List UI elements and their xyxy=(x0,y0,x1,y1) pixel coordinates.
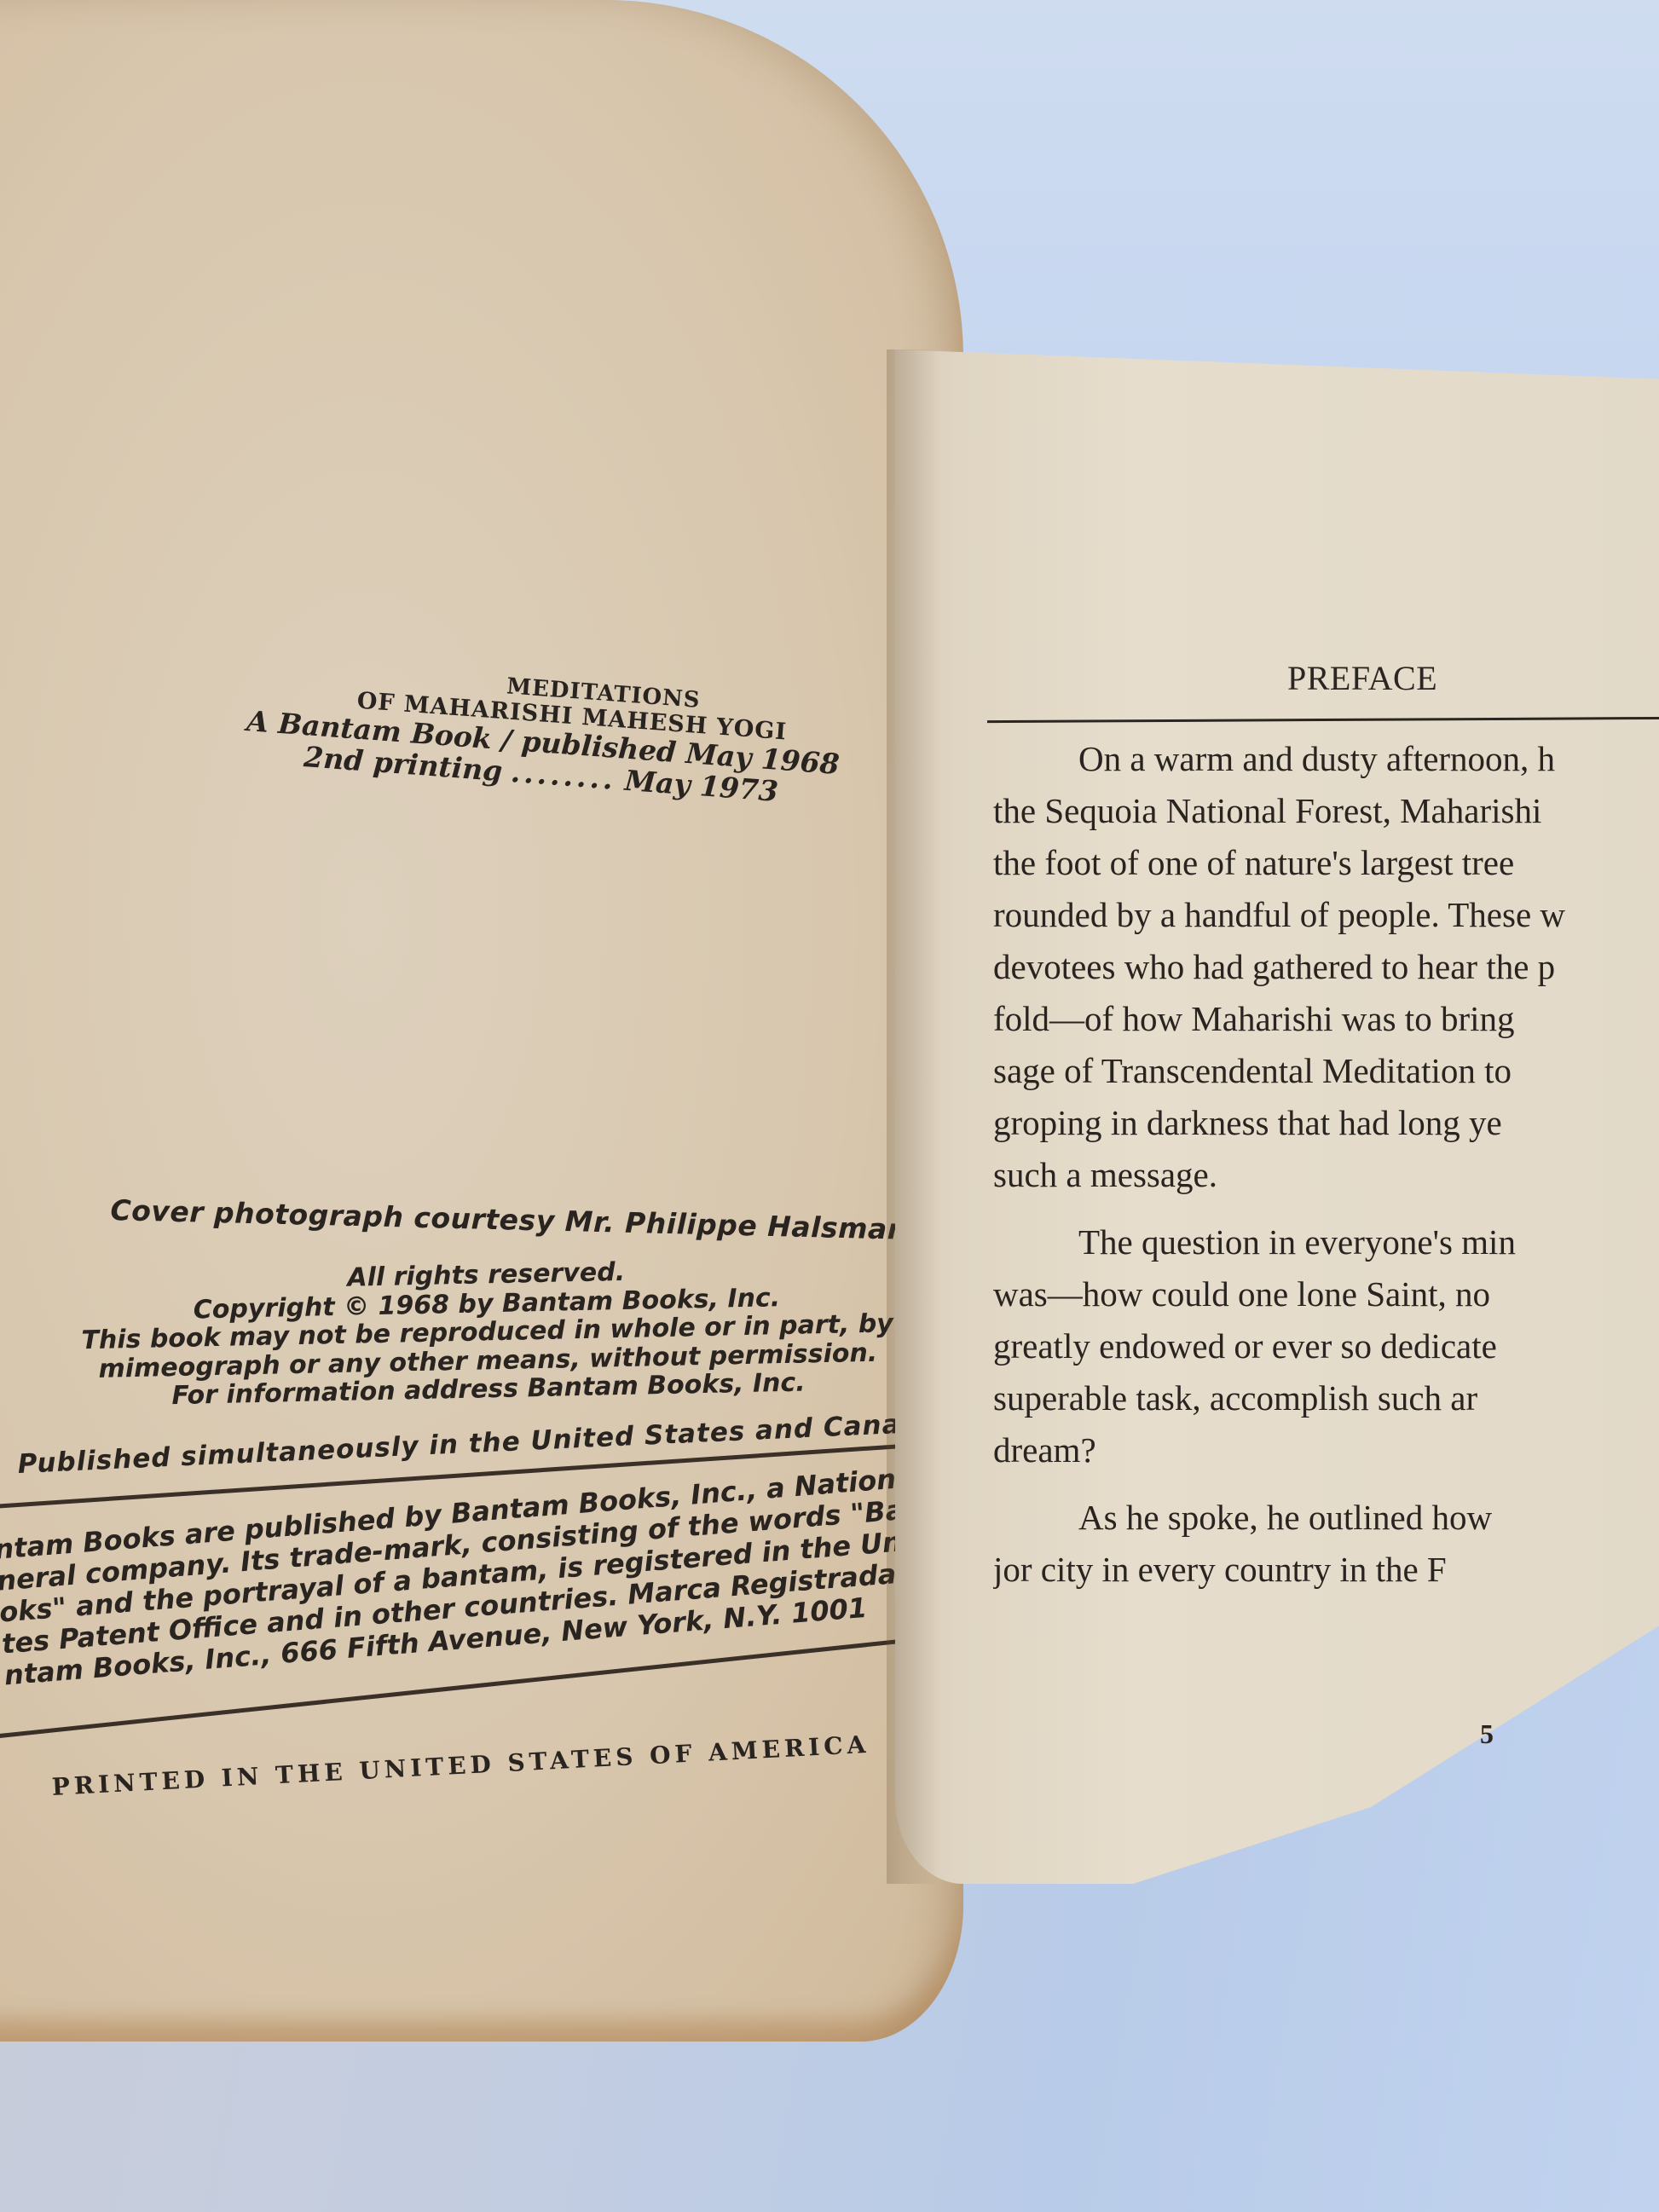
chapter-heading: PREFACE xyxy=(1287,658,1437,698)
body-line: sage of Transcendental Meditation to xyxy=(993,1045,1659,1097)
body-line: rounded by a handful of people. These w xyxy=(993,889,1659,941)
body-line: devotees who had gathered to hear the p xyxy=(993,941,1659,993)
body-line: The question in everyone's min xyxy=(993,1216,1659,1268)
body-line: fold—of how Maharishi was to bring xyxy=(993,993,1659,1045)
body-line: jor city in every country in the F xyxy=(993,1544,1659,1596)
body-line: dream? xyxy=(993,1424,1659,1476)
body-line: such a message. xyxy=(993,1149,1659,1201)
paragraph-gap xyxy=(993,1476,1659,1492)
body-line: the foot of one of nature's largest tree xyxy=(993,837,1659,889)
body-line: greatly endowed or ever so dedicate xyxy=(993,1320,1659,1372)
spine-gutter xyxy=(887,349,938,1884)
rights-block: All rights reserved. Copyright © 1968 by… xyxy=(51,1252,923,1413)
paragraph-gap xyxy=(993,1201,1659,1216)
body-line: groping in darkness that had long ye xyxy=(993,1097,1659,1149)
body-line: On a warm and dusty afternoon, h xyxy=(993,733,1659,785)
body-line: superable task, accomplish such ar xyxy=(993,1372,1659,1424)
preface-body: On a warm and dusty afternoon, h the Seq… xyxy=(993,733,1659,1596)
body-line: the Sequoia National Forest, Maharishi xyxy=(993,785,1659,837)
page-number: 5 xyxy=(1480,1718,1494,1750)
body-line: As he spoke, he outlined how xyxy=(993,1492,1659,1544)
body-line: was—how could one lone Saint, no xyxy=(993,1268,1659,1320)
